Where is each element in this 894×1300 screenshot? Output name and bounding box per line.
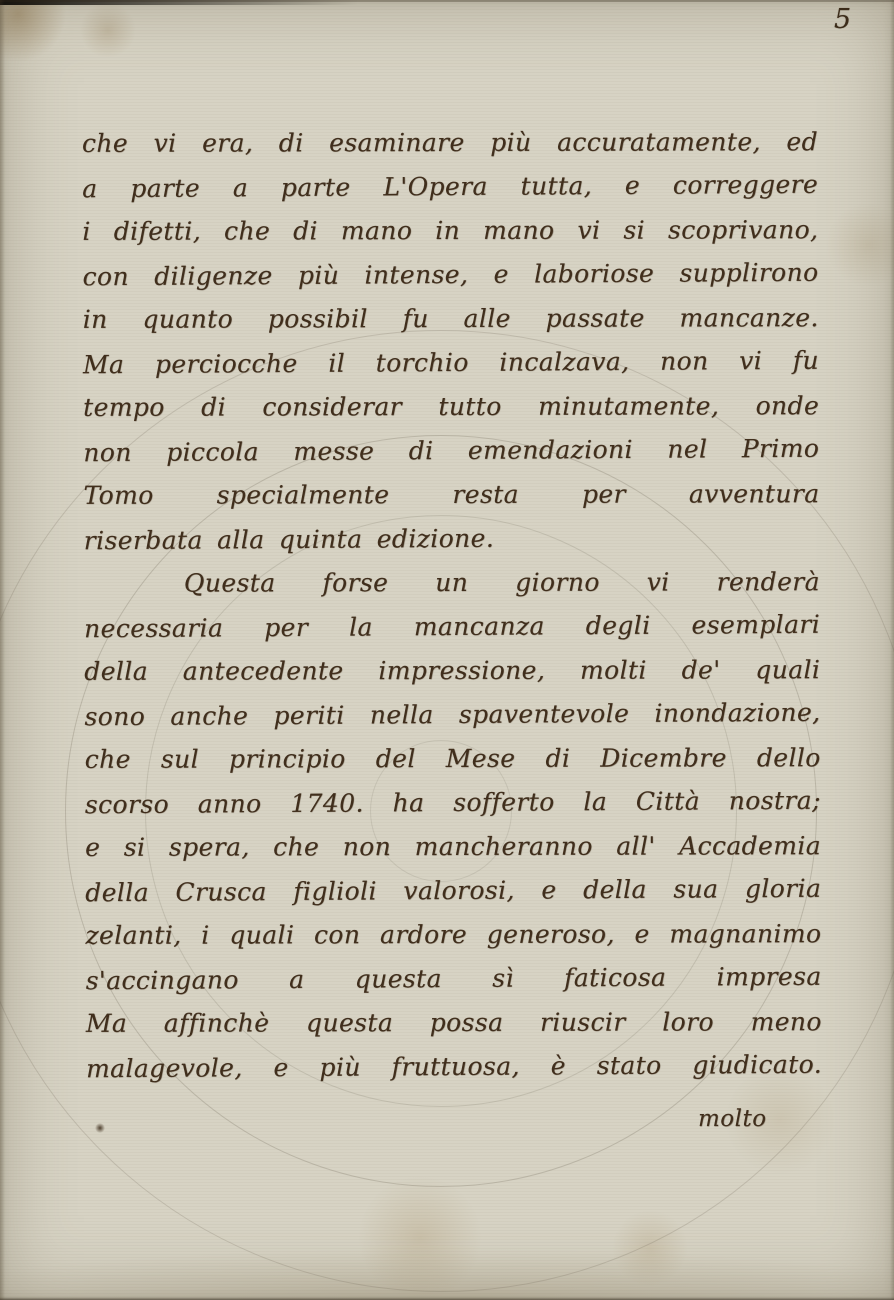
manuscript-line: i difetti, che di mano in mano vi si sco… xyxy=(82,208,818,254)
scan-edge-left xyxy=(0,0,5,1300)
manuscript-line: a parte a parte L'Opera tutta, e corregg… xyxy=(82,163,818,211)
manuscript-line: tempo di considerar tutto minutamente, o… xyxy=(83,384,819,430)
manuscript-line: con diligenze più intense, e laboriose s… xyxy=(82,251,818,299)
manuscript-line: Ma affinchè questa possa riuscir loro me… xyxy=(86,1000,822,1046)
manuscript-line: sono anche periti nella spaventevole ino… xyxy=(84,691,820,739)
manuscript-line: necessaria per la mancanza degli esempla… xyxy=(84,603,820,651)
manuscript-page: 5 che vi era, di esaminare più accuratam… xyxy=(0,0,894,1300)
page-number: 5 xyxy=(834,4,851,35)
manuscript-line: non piccola messe di emendazioni nel Pri… xyxy=(83,427,819,475)
manuscript-line: riserbata alla quinta edizione. xyxy=(84,515,820,563)
manuscript-line: zelanti, i quali con ardore generoso, e … xyxy=(85,912,821,958)
scan-edge-right xyxy=(890,0,894,1300)
manuscript-line-paragraph-start: Questa forse un giorno vi renderà xyxy=(84,560,820,606)
manuscript-line: della Crusca figlioli valorosi, e della … xyxy=(85,867,821,915)
manuscript-line: scorso anno 1740. ha sofferto la Città n… xyxy=(85,779,821,827)
manuscript-line: Ma perciocche il torchio incalzava, non … xyxy=(83,339,819,387)
manuscript-line: della antecedente impressione, molti de'… xyxy=(84,648,820,694)
manuscript-line: che sul principio del Mese di Dicembre d… xyxy=(85,736,821,782)
manuscript-line: s'accingano a questa sì faticosa impresa xyxy=(86,955,822,1003)
manuscript-line: che vi era, di esaminare più accuratamen… xyxy=(82,120,818,166)
manuscript-line: e si spera, che non mancheranno all' Acc… xyxy=(85,824,821,870)
manuscript-line: in quanto possibil fu alle passate manca… xyxy=(83,296,819,342)
manuscript-text-block: che vi era, di esaminare più accuratamen… xyxy=(82,119,822,1090)
catchword: molto xyxy=(698,1106,767,1132)
manuscript-line: Tomo specialmente resta per avventura xyxy=(83,472,819,518)
scan-edge-top-line xyxy=(0,0,894,2)
manuscript-line: malagevole, e più fruttuosa, è stato giu… xyxy=(86,1043,822,1091)
